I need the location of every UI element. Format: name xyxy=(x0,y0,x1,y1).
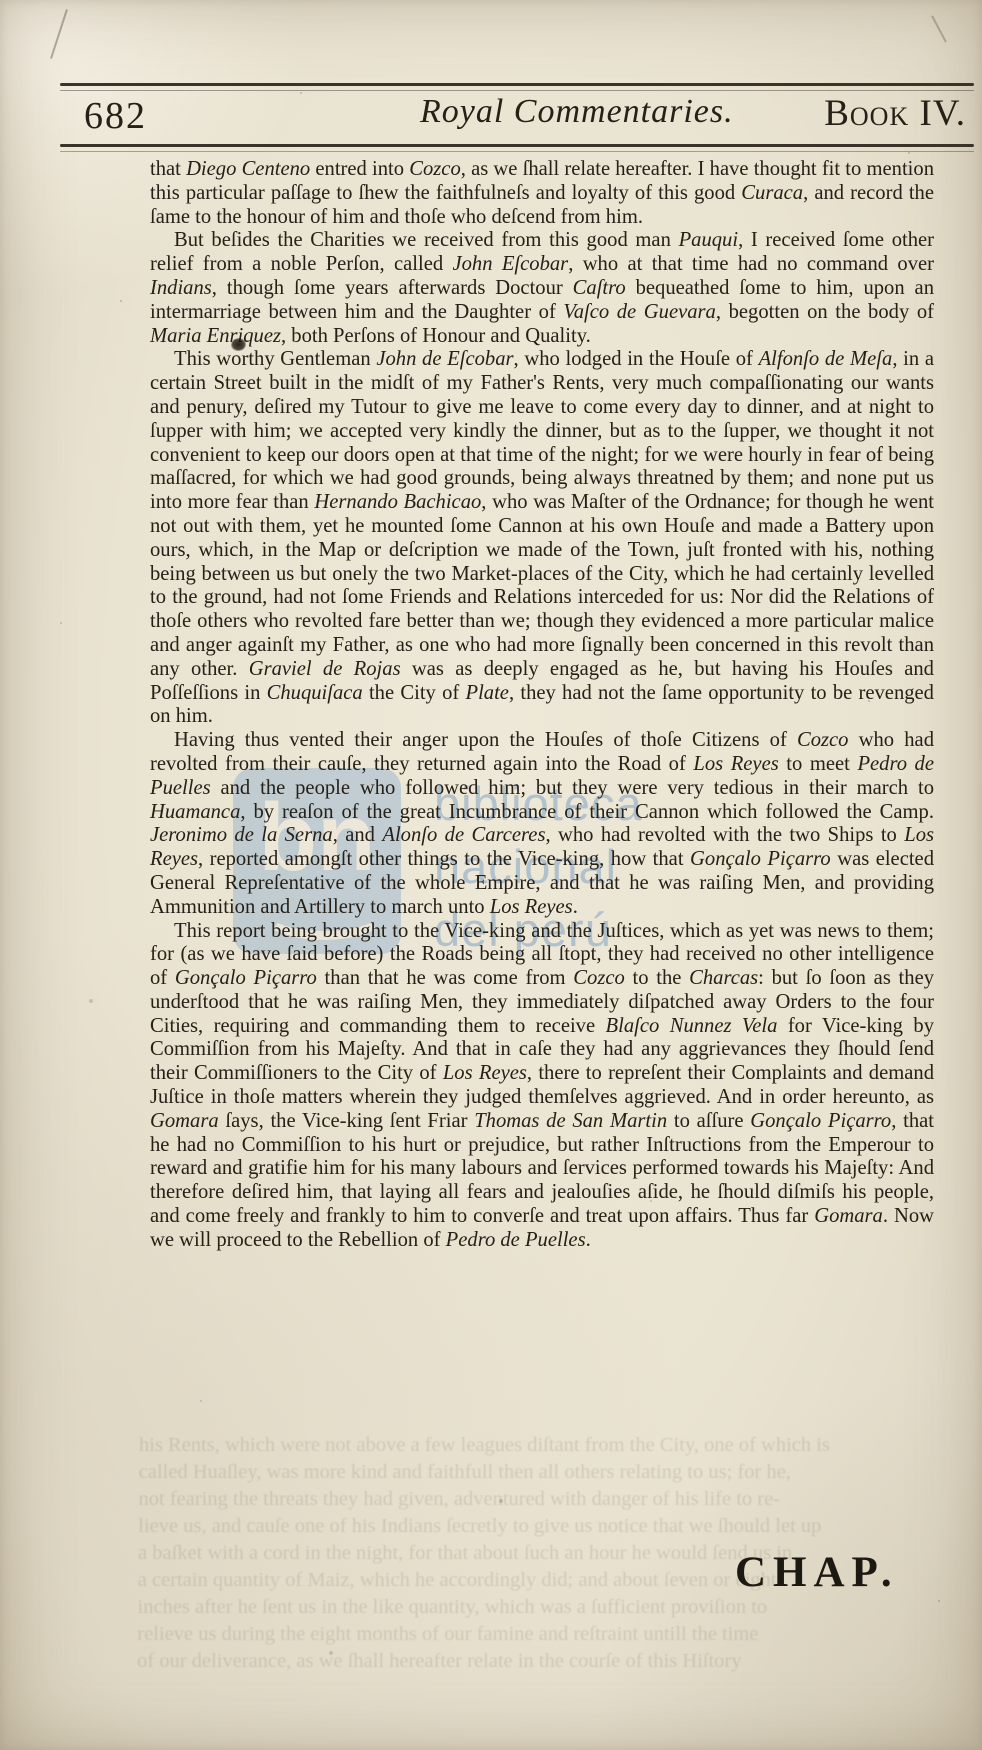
italic-run: Alfonſo de Meſa xyxy=(759,348,893,370)
text-run: and the people who followed him; but the… xyxy=(211,777,934,799)
book-page: 682 Royal Commentaries. Book IV. bn bibl… xyxy=(0,0,982,1750)
italic-run: Jeronimo de la Serna xyxy=(150,824,333,846)
italic-run: Chuquiſaca xyxy=(267,682,363,704)
text-run: , both Perſons of Honour and Quality. xyxy=(281,325,591,347)
italic-run: Vaſco de Guevara xyxy=(563,301,715,323)
italic-run: Cozco xyxy=(797,729,848,751)
text-run: than that he was come from xyxy=(317,967,573,989)
paper-specks xyxy=(0,0,2,2)
italic-run: Los Reyes xyxy=(693,753,778,775)
italic-run: Diego Centeno xyxy=(186,158,310,180)
book-label: Book IV. xyxy=(824,92,966,135)
text-run: But beſides the Charities we received fr… xyxy=(174,229,679,251)
bleedthrough-line: his Rents, which were not above a few le… xyxy=(139,1432,939,1459)
italic-run: Curaca xyxy=(741,182,803,204)
italic-run: Huamanca xyxy=(150,801,240,823)
text-run: , begotten on the body of xyxy=(716,301,934,323)
italic-run: Gonçalo Piçarro xyxy=(690,848,831,870)
italic-run: Cozco xyxy=(409,158,460,180)
italic-run: Charcas xyxy=(689,967,758,989)
text-run: , reported amongſt other things to the V… xyxy=(198,848,690,870)
text-run: entred into xyxy=(310,158,409,180)
italic-run: John Eſcobar xyxy=(452,253,568,275)
text-run: , by reaſon of the great Incumbrance of … xyxy=(240,801,934,823)
text-run: ſays, the Vice-king ſent Friar xyxy=(219,1110,475,1132)
text-run: to the xyxy=(625,967,689,989)
text-run: , though ſome years afterwards Doctour xyxy=(212,277,573,299)
italic-run: Graviel de Rojas xyxy=(249,658,401,680)
italic-run: Los Reyes xyxy=(490,896,573,918)
text-run: that xyxy=(150,158,186,180)
crease-mark xyxy=(931,15,947,42)
paragraph: This report being brought to the Vice-ki… xyxy=(150,920,934,1253)
italic-run: Plate xyxy=(465,682,508,704)
header-rule-top xyxy=(60,83,974,86)
italic-run: Thomas de San Martin xyxy=(474,1110,667,1132)
text-run: . xyxy=(573,896,578,918)
text-run: Having thus vented their anger upon the … xyxy=(174,729,797,751)
italic-run: Pauqui xyxy=(679,229,739,251)
bleedthrough-line: lieve us, and cauſe one of his Indians ſ… xyxy=(138,1513,938,1540)
text-run: . xyxy=(586,1229,591,1251)
body-text: that Diego Centeno entred into Cozco, as… xyxy=(150,158,934,1253)
italic-run: Gonçalo Piçarro xyxy=(750,1110,891,1132)
bleedthrough-line: called Huaſley, was more kind and faithf… xyxy=(139,1459,939,1486)
text-run: , in a certain Street built in the midſt… xyxy=(150,348,934,513)
paragraph: that Diego Centeno entred into Cozco, as… xyxy=(150,158,934,229)
text-run: , who at that time had no command over xyxy=(568,253,934,275)
header-rule-bottom-echo xyxy=(60,151,974,152)
italic-run: Gomara xyxy=(814,1205,883,1227)
paragraph: But beſides the Charities we received fr… xyxy=(150,229,934,348)
chapter-catchword: CHAP. xyxy=(735,1548,899,1597)
header-rule-top-echo xyxy=(60,90,974,91)
text-run: This worthy Gentleman xyxy=(174,348,376,370)
italic-run: Pedro de Puelles xyxy=(446,1229,586,1251)
italic-run: Alonſo de Carceres xyxy=(382,824,545,846)
page-number: 682 xyxy=(84,94,147,138)
italic-run: Gomara xyxy=(150,1110,219,1132)
paragraph: Having thus vented their anger upon the … xyxy=(150,729,934,919)
text-run: , and xyxy=(333,824,383,846)
italic-run: Indians xyxy=(150,277,212,299)
italic-run: Cozco xyxy=(573,967,624,989)
bleedthrough-line: not fearing the threats they had given, … xyxy=(138,1486,938,1513)
paragraph: This worthy Gentleman John de Eſcobar, w… xyxy=(150,348,934,729)
text-run: , who lodged in the Houſe of xyxy=(514,348,759,370)
crease-mark xyxy=(50,9,68,59)
text-run: , who was Maſter of the Ordnance; for th… xyxy=(150,491,934,680)
running-title: Royal Commentaries. xyxy=(420,93,734,131)
bleedthrough-line: relieve us during the eight months of ou… xyxy=(137,1621,937,1648)
bleedthrough-line: inches after he ſent us in the like quan… xyxy=(137,1594,937,1621)
text-run: , who had revolted with the two Ships to xyxy=(545,824,904,846)
text-run: to aſſure xyxy=(667,1110,750,1132)
italic-run: Blaſco Nunnez Vela xyxy=(606,1015,778,1037)
italic-run: Gonçalo Piçarro xyxy=(175,967,317,989)
text-run: the City of xyxy=(363,682,466,704)
italic-run: Caſtro xyxy=(573,277,626,299)
bleedthrough-line: of our deliverance, as we ſhall hereafte… xyxy=(137,1648,937,1675)
ink-blot-word: Maria Enriquez xyxy=(150,325,281,347)
header-rule-bottom xyxy=(60,144,974,147)
italic-run: Los Reyes xyxy=(443,1062,527,1084)
italic-run: Hernando Bachicao xyxy=(314,491,481,513)
text-run: to meet xyxy=(779,753,858,775)
italic-run: John de Eſcobar xyxy=(376,348,513,370)
